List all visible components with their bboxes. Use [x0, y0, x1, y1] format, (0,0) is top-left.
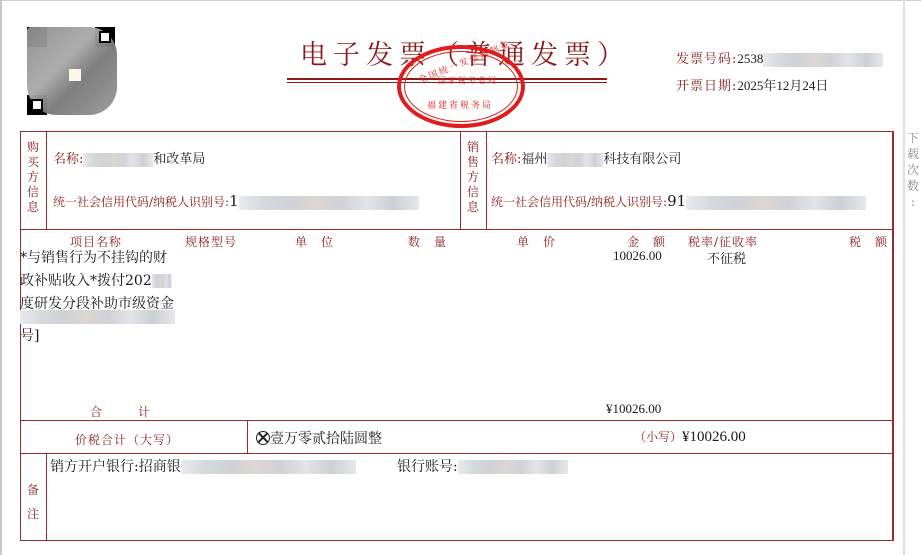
- bank-account: 银行账号:: [397, 456, 568, 476]
- invoice-number-label: 发票号码:: [676, 52, 737, 67]
- total-amount: ¥10026.00: [606, 401, 661, 417]
- redacted-item-name: [20, 310, 175, 324]
- download-count-note: 下载次数:: [906, 130, 920, 210]
- total-label: 合 计: [90, 403, 150, 420]
- seller-bank: 销方开户银行:招商银: [50, 456, 356, 476]
- remarks-label: 备注: [20, 478, 46, 526]
- page-top-edge: [0, 0, 921, 1]
- redacted-seller-tax-id: [686, 196, 866, 210]
- seal-text-bottom: 福建省税务局: [427, 98, 493, 111]
- col-unit-price: 单 价: [517, 233, 556, 250]
- total-in-words: 壹万零贰拾陆圆整: [256, 428, 382, 448]
- redacted-seller-name: [547, 153, 603, 167]
- invoice-number: 发票号码:2538: [676, 48, 883, 67]
- item-name-line: *与销售行为不挂钩的财: [20, 247, 167, 267]
- issue-date: 开票日期:2025年12月24日: [676, 75, 828, 94]
- issue-date-label: 开票日期:: [676, 79, 737, 94]
- invoice-number-value: 2538: [737, 51, 763, 66]
- buyer-tax-id: 统一社会信用代码/纳税人识别号:1: [53, 192, 419, 210]
- item-name-line: 政补贴收入*拨付202: [20, 270, 172, 290]
- page-left-edge: [0, 0, 2, 555]
- col-quantity: 数 量: [408, 233, 447, 250]
- item-name-line: 号]: [20, 325, 39, 345]
- total-in-words-label: 价税合计（大写）: [75, 431, 179, 448]
- item-tax-rate: 不征税: [707, 248, 746, 267]
- seller-section-label: 销售方信息: [460, 140, 486, 215]
- redacted-invoice-number: [763, 53, 883, 67]
- item-name-line: [20, 309, 175, 325]
- redacted-buyer-name: [83, 153, 153, 167]
- seller-tax-id: 统一社会信用代码/纳税人识别号:91: [491, 192, 866, 210]
- circle-x-icon: [256, 431, 270, 445]
- total-small: （小写）¥10026.00: [634, 428, 746, 446]
- buyer-name: 名称:和改革局: [53, 148, 205, 167]
- col-unit: 单 位: [295, 233, 334, 250]
- viewer-gutter-line: [903, 0, 905, 555]
- seller-name: 名称:福州科技有限公司: [491, 148, 681, 167]
- buyer-section-label: 购买方信息: [20, 140, 46, 215]
- col-spec: 规格型号: [185, 233, 237, 250]
- qr-code: [27, 27, 117, 115]
- redacted-buyer-tax-id: [239, 196, 419, 210]
- col-tax-amount: 税 额: [849, 233, 888, 250]
- item-amount: 10026.00: [613, 248, 662, 264]
- seal-text-middle: 国家税务总局: [438, 75, 498, 86]
- issue-date-value: 2025年12月24日: [737, 78, 828, 93]
- redacted-bank-account: [458, 460, 568, 474]
- redacted-bank-name: [181, 460, 356, 474]
